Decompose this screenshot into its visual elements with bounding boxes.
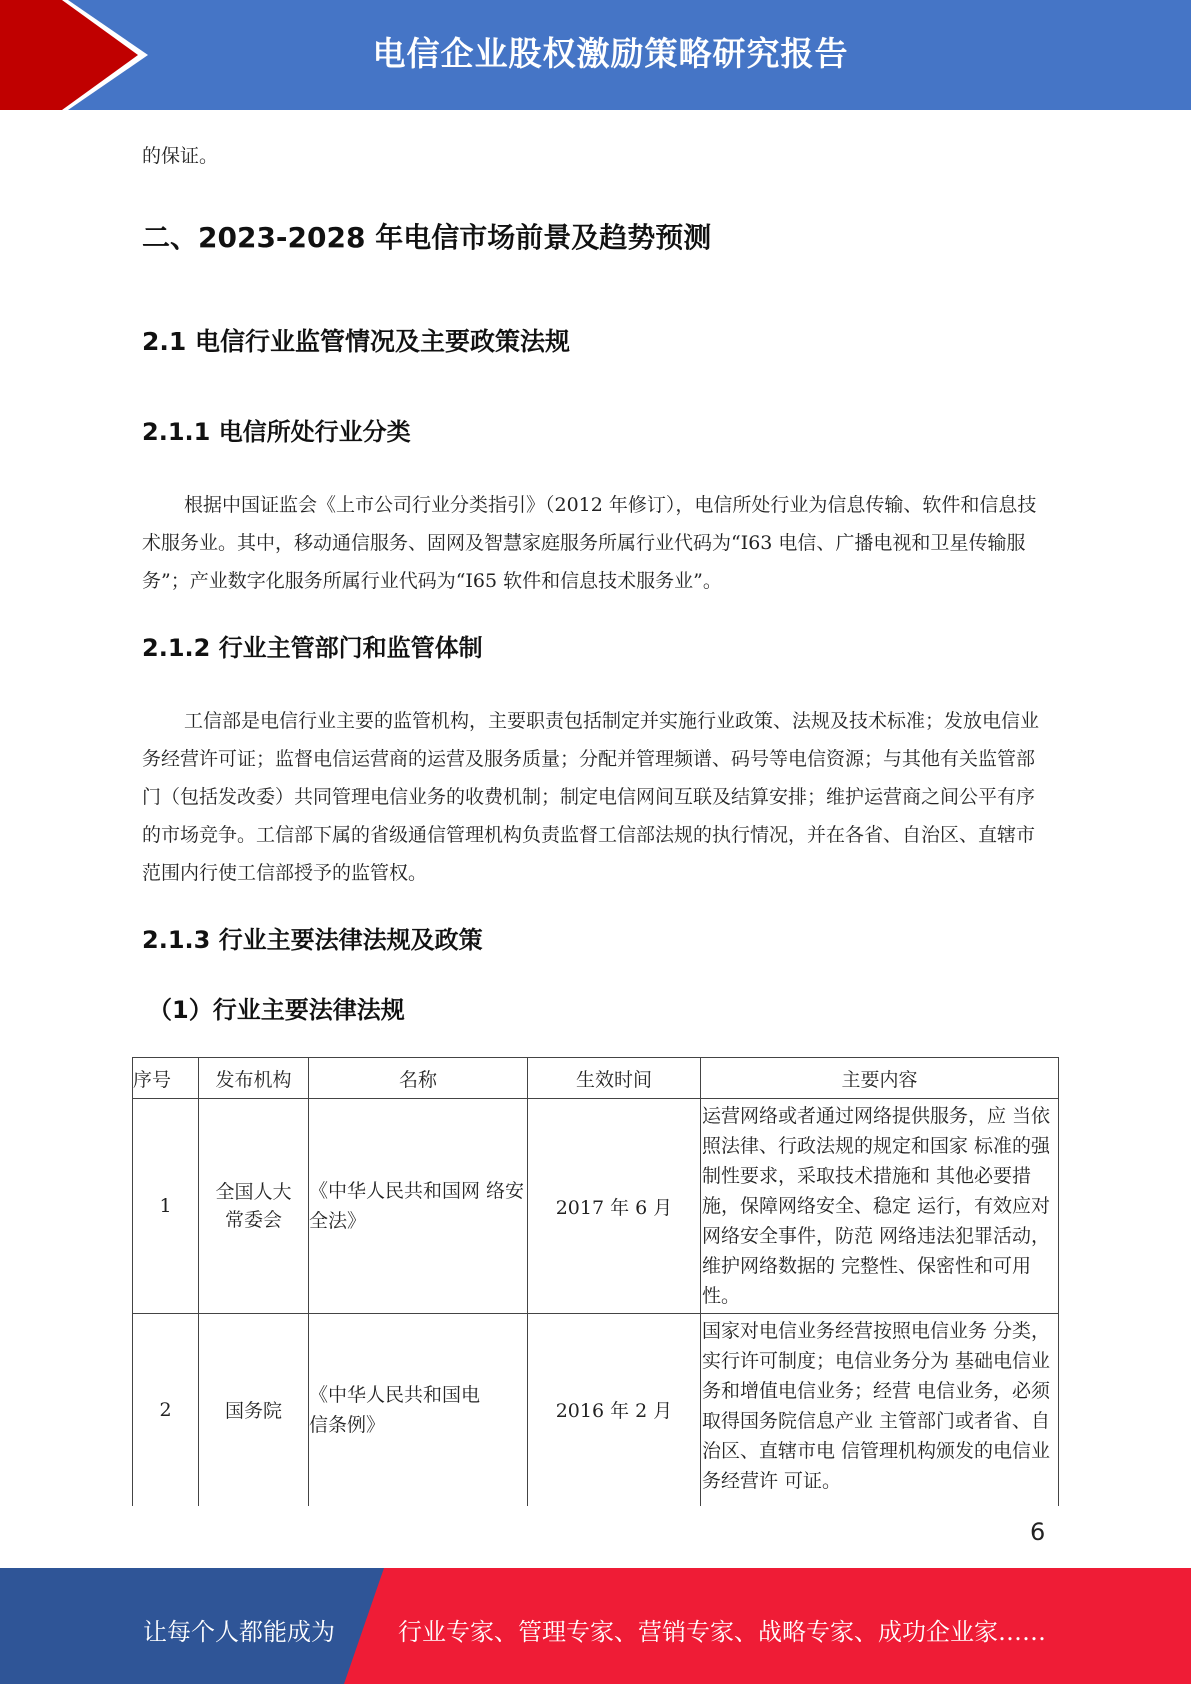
paragraph-intro-tail: 的保证。 — [142, 137, 1048, 175]
cell-content: 国家对电信业务经营按照电信业务 分类，实行许可制度；电信业务分为 基础电信业务和… — [701, 1314, 1059, 1506]
page-number: 6 — [1030, 1518, 1045, 1546]
laws-regulations-table: 序号 发布机构 名称 生效时间 主要内容 1 全国人大常委会 《中华人民共和国网… — [132, 1057, 1059, 1506]
cell-name: 《中华人民共和国电信条例》 — [309, 1314, 528, 1506]
table-row: 2 国务院 《中华人民共和国电信条例》 2016 年 2 月 国家对电信业务经营… — [133, 1314, 1059, 1506]
paragraph-regulatory-system: 工信部是电信行业主要的监管机构，主要职责包括制定并实施行业政策、法规及技术标准；… — [142, 702, 1048, 892]
col-header-content: 主要内容 — [701, 1058, 1059, 1099]
cell-effective: 2016 年 2 月 — [528, 1314, 701, 1506]
cell-effective: 2017 年 6 月 — [528, 1099, 701, 1314]
section-heading: 二、2023-2028 年电信市场前景及趋势预测 — [142, 216, 711, 256]
subsection-heading-2-1-3: 2.1.3 行业主要法律法规及政策 — [142, 920, 483, 955]
paragraph-industry-classification: 根据中国证监会《上市公司行业分类指引》（2012 年修订），电信所处行业为信息传… — [142, 486, 1048, 600]
subsection-heading-2-1: 2.1 电信行业监管情况及主要政策法规 — [142, 322, 570, 358]
cell-no: 1 — [133, 1099, 199, 1314]
cell-issuer: 国务院 — [199, 1314, 309, 1506]
footer-slogan-right: 行业专家、管理专家、营销专家、战略专家、成功企业家…… — [398, 1612, 1046, 1647]
footer-slogan-left: 让每个人都能成为 — [143, 1612, 335, 1647]
col-header-issuer: 发布机构 — [199, 1058, 309, 1099]
cell-name: 《中华人民共和国网 络安全法》 — [309, 1099, 528, 1314]
page-footer-banner: 让每个人都能成为 行业专家、管理专家、营销专家、战略专家、成功企业家…… — [0, 1568, 1191, 1684]
col-header-name: 名称 — [309, 1058, 528, 1099]
cell-content: 运营网络或者通过网络提供服务，应 当依照法律、行政法规的规定和国家 标准的强制性… — [701, 1099, 1059, 1314]
subsection-heading-2-1-1: 2.1.1 电信所处行业分类 — [142, 412, 411, 447]
col-header-no: 序号 — [133, 1058, 199, 1099]
subsection-heading-2-1-2: 2.1.2 行业主管部门和监管体制 — [142, 628, 483, 663]
table-header-row: 序号 发布机构 名称 生效时间 主要内容 — [133, 1058, 1059, 1099]
sub-item-heading: （1）行业主要法律法规 — [148, 990, 405, 1025]
page-header-banner: 电信企业股权激励策略研究报告 — [0, 0, 1191, 110]
table-row: 1 全国人大常委会 《中华人民共和国网 络安全法》 2017 年 6 月 运营网… — [133, 1099, 1059, 1314]
cell-no: 2 — [133, 1314, 199, 1506]
report-title: 电信企业股权激励策略研究报告 — [0, 28, 1191, 75]
col-header-effective: 生效时间 — [528, 1058, 701, 1099]
cell-issuer: 全国人大常委会 — [199, 1099, 309, 1314]
